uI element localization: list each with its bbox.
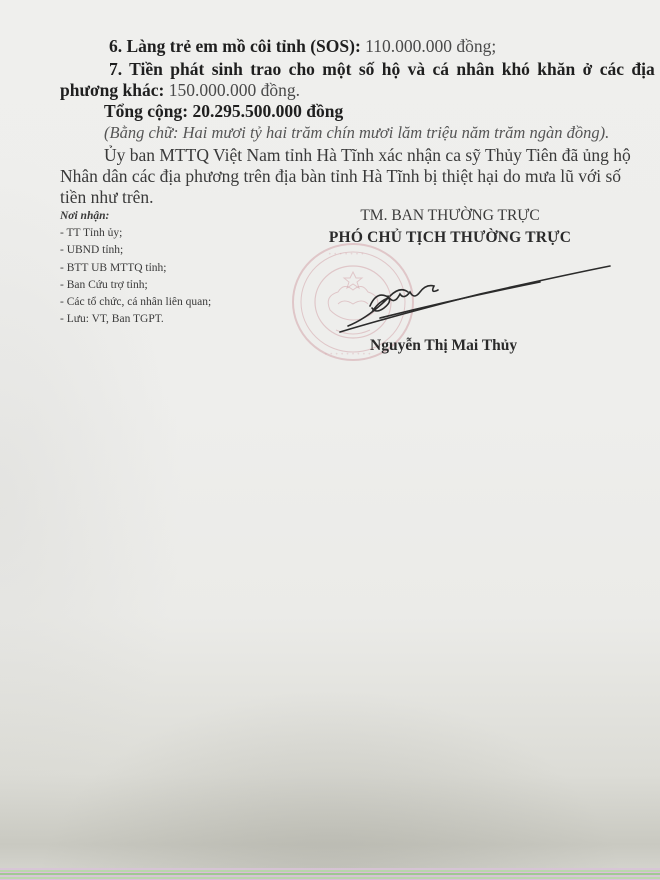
- recipient-item: - Ban Cứu trợ tỉnh;: [60, 277, 211, 294]
- recipient-item: - Lưu: VT, Ban TGPT.: [60, 311, 211, 328]
- confirmation-line2: Nhân dân các địa phương trên địa bàn tỉn…: [60, 165, 618, 187]
- signature-title: PHÓ CHỦ TỊCH THƯỜNG TRỰC: [300, 227, 600, 249]
- item-7-line1: 7. Tiền phát sinh trao cho một số hộ và …: [109, 58, 618, 80]
- svg-text:• • • • • • •: • • • • • • •: [328, 251, 364, 258]
- svg-text:• • • • • • • • •: • • • • • • • • •: [324, 351, 371, 358]
- confirmation-line3: tiền như trên.: [60, 186, 154, 208]
- handwritten-signature-icon: [330, 260, 630, 340]
- signature-header: TM. BAN THƯỜNG TRỰC PHÓ CHỦ TỊCH THƯỜNG …: [300, 205, 600, 249]
- item-6: 6. Làng trẻ em mồ côi tỉnh (SOS): 110.00…: [109, 35, 496, 57]
- signature-role: TM. BAN THƯỜNG TRỰC: [300, 205, 600, 227]
- recipient-item: - Các tổ chức, cá nhân liên quan;: [60, 294, 211, 311]
- item-7-value: 150.000.000 đồng.: [169, 80, 300, 100]
- signer-name: Nguyễn Thị Mai Thủy: [370, 337, 517, 355]
- image-edge-artifact: [0, 868, 660, 880]
- recipients-block: Nơi nhận: - TT Tỉnh ủy; - UBND tỉnh; - B…: [60, 208, 211, 328]
- item-6-label: 6. Làng trẻ em mồ côi tỉnh (SOS):: [109, 36, 361, 56]
- recipients-title: Nơi nhận:: [60, 208, 211, 225]
- item-6-value: 110.000.000 đồng;: [365, 36, 496, 56]
- recipient-item: - UBND tỉnh;: [60, 242, 211, 259]
- confirmation-line1: Ủy ban MTTQ Việt Nam tỉnh Hà Tĩnh xác nh…: [104, 144, 618, 166]
- recipient-item: - BTT UB MTTQ tỉnh;: [60, 260, 211, 277]
- total-in-words: (Bằng chữ: Hai mươi tỷ hai trăm chín mươ…: [104, 122, 609, 144]
- recipient-item: - TT Tỉnh ủy;: [60, 225, 211, 242]
- item-7-line2: phương khác: 150.000.000 đồng.: [60, 79, 300, 101]
- item-7-label: phương khác:: [60, 80, 164, 100]
- total-amount: Tổng cộng: 20.295.500.000 đồng: [104, 100, 343, 122]
